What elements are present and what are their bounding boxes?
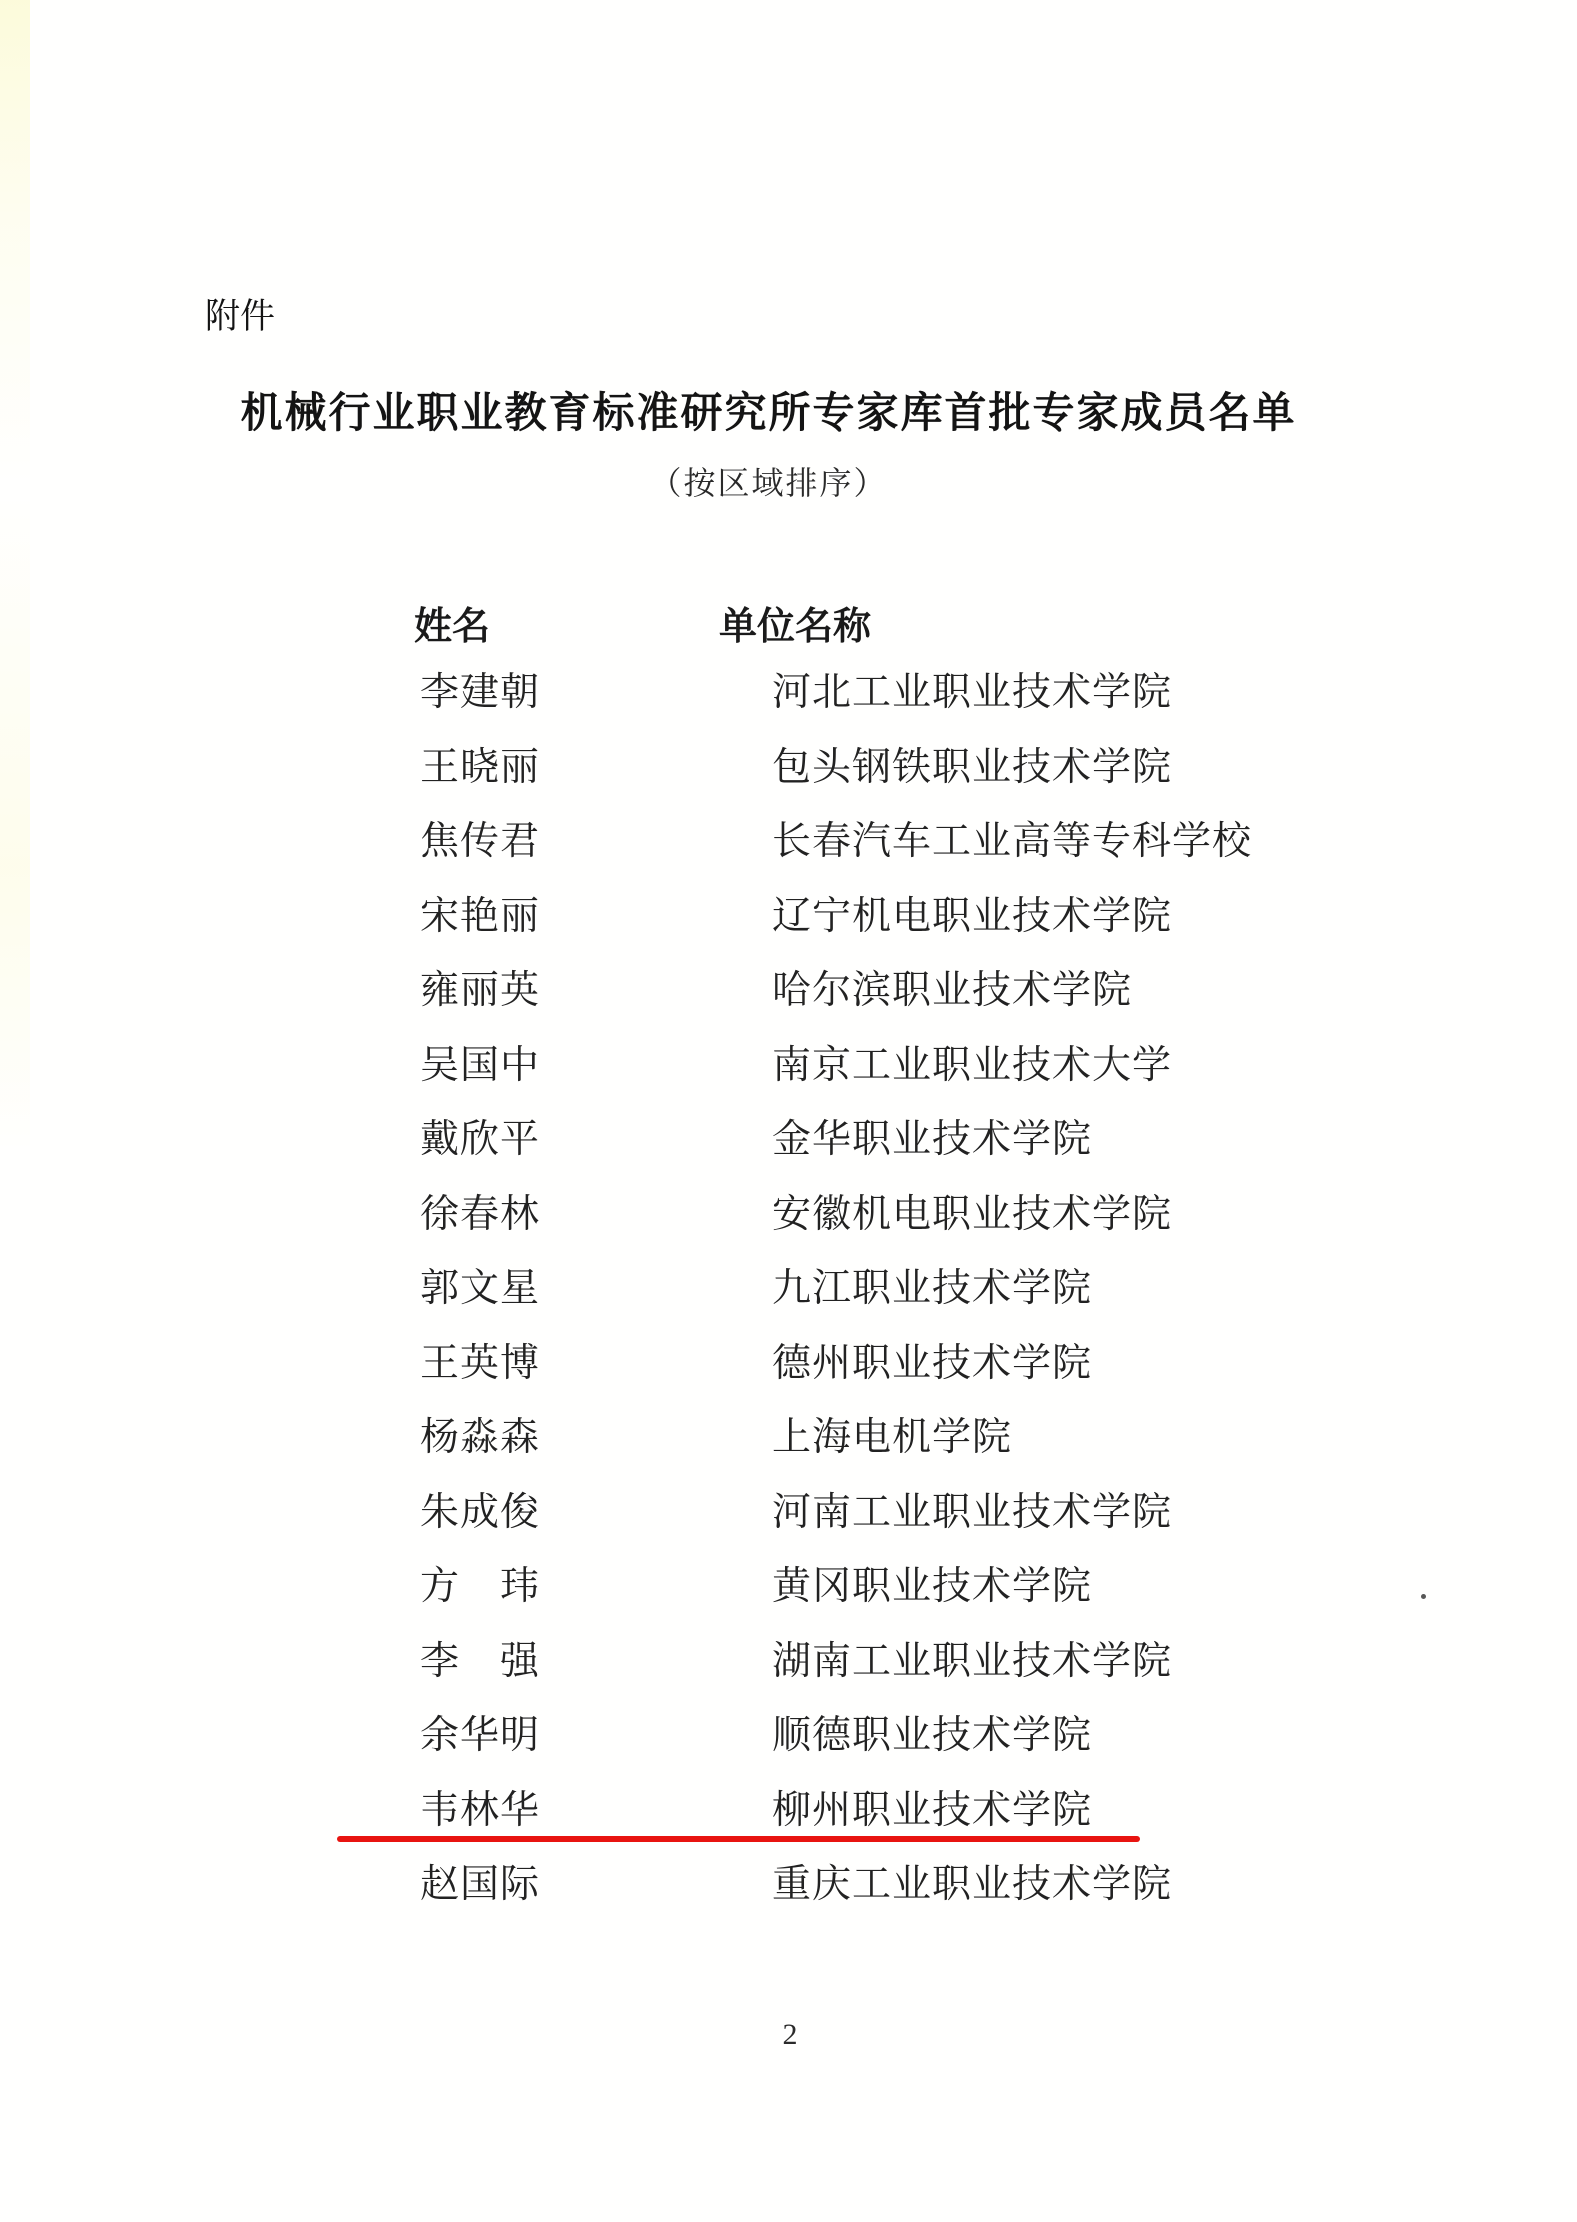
unit-name: 南京工业职业技术大学 — [772, 1043, 1172, 1089]
table-row: 韦林华 柳州职业技术学院 — [0, 1786, 1577, 1861]
table-row: 李 强 湖南工业职业技术学院 — [0, 1637, 1577, 1712]
table-row: 余华明 顺德职业技术学院 — [0, 1711, 1577, 1786]
page-number: 2 — [770, 2018, 810, 2052]
table-row: 雍丽英 哈尔滨职业技术学院 — [0, 966, 1577, 1041]
expert-name: 李建朝 — [420, 670, 540, 716]
unit-name: 九江职业技术学院 — [772, 1266, 1092, 1312]
scanned-document-page: 附件 机械行业职业教育标准研究所专家库首批专家成员名单 （按区域排序） 姓名 单… — [0, 0, 1577, 2222]
table-row: 赵国际 重庆工业职业技术学院 — [0, 1860, 1577, 1935]
unit-name: 安徽机电职业技术学院 — [772, 1192, 1172, 1238]
unit-name: 长春汽车工业高等专科学校 — [772, 819, 1252, 865]
expert-name: 余华明 — [420, 1713, 540, 1759]
expert-name: 韦林华 — [420, 1788, 540, 1834]
table-row: 宋艳丽 辽宁机电职业技术学院 — [0, 892, 1577, 967]
unit-name: 哈尔滨职业技术学院 — [772, 968, 1132, 1014]
table-row: 李建朝 河北工业职业技术学院 — [0, 668, 1577, 743]
expert-name: 王英博 — [420, 1341, 540, 1387]
document-title: 机械行业职业教育标准研究所专家库首批专家成员名单 — [0, 380, 1537, 440]
column-header-unit: 单位名称 — [695, 604, 895, 650]
unit-name: 重庆工业职业技术学院 — [772, 1862, 1172, 1908]
unit-name: 德州职业技术学院 — [772, 1341, 1092, 1387]
title-block: 机械行业职业教育标准研究所专家库首批专家成员名单 — [0, 380, 1537, 440]
unit-name: 包头钢铁职业技术学院 — [772, 745, 1172, 791]
unit-name: 黄冈职业技术学院 — [772, 1564, 1092, 1610]
unit-name: 上海电机学院 — [772, 1415, 1012, 1461]
unit-name: 柳州职业技术学院 — [772, 1788, 1092, 1834]
table-row: 王英博 德州职业技术学院 — [0, 1339, 1577, 1414]
unit-name: 顺德职业技术学院 — [772, 1713, 1092, 1759]
expert-name: 杨淼森 — [420, 1415, 540, 1461]
expert-name: 徐春林 — [420, 1192, 540, 1238]
document-subtitle: （按区域排序） — [649, 465, 887, 501]
expert-name: 郭文星 — [420, 1266, 540, 1312]
expert-name: 方 玮 — [420, 1564, 540, 1610]
column-header-name: 姓名 — [392, 604, 512, 650]
expert-name: 宋艳丽 — [420, 894, 540, 940]
unit-name: 河北工业职业技术学院 — [772, 670, 1172, 716]
subtitle-block: （按区域排序） — [0, 458, 1537, 504]
table-row: 杨淼森 上海电机学院 — [0, 1413, 1577, 1488]
table-row: 郭文星 九江职业技术学院 — [0, 1264, 1577, 1339]
unit-name: 湖南工业职业技术学院 — [772, 1639, 1172, 1685]
expert-name: 戴欣平 — [420, 1117, 540, 1163]
expert-name: 焦传君 — [420, 819, 540, 865]
unit-name: 河南工业职业技术学院 — [772, 1490, 1172, 1536]
table-row: 方 玮 黄冈职业技术学院 — [0, 1562, 1577, 1637]
expert-name: 雍丽英 — [420, 968, 540, 1014]
unit-name: 金华职业技术学院 — [772, 1117, 1092, 1163]
table-row: 王晓丽 包头钢铁职业技术学院 — [0, 743, 1577, 818]
expert-name: 赵国际 — [420, 1862, 540, 1908]
table-row: 焦传君 长春汽车工业高等专科学校 — [0, 817, 1577, 892]
table-body: 李建朝 河北工业职业技术学院 王晓丽 包头钢铁职业技术学院 焦传君 长春汽车工业… — [0, 668, 1577, 1935]
expert-name: 李 强 — [420, 1639, 540, 1685]
table-row: 徐春林 安徽机电职业技术学院 — [0, 1190, 1577, 1265]
table-row: 戴欣平 金华职业技术学院 — [0, 1115, 1577, 1190]
table-row: 朱成俊 河南工业职业技术学院 — [0, 1488, 1577, 1563]
table-header-row: 姓名 单位名称 — [0, 604, 1577, 650]
expert-name: 王晓丽 — [420, 745, 540, 791]
expert-name: 吴国中 — [420, 1043, 540, 1089]
unit-name: 辽宁机电职业技术学院 — [772, 894, 1172, 940]
scan-speck — [1421, 1594, 1426, 1599]
table-row: 吴国中 南京工业职业技术大学 — [0, 1041, 1577, 1116]
attachment-label: 附件 — [205, 298, 275, 337]
expert-name: 朱成俊 — [420, 1490, 540, 1536]
